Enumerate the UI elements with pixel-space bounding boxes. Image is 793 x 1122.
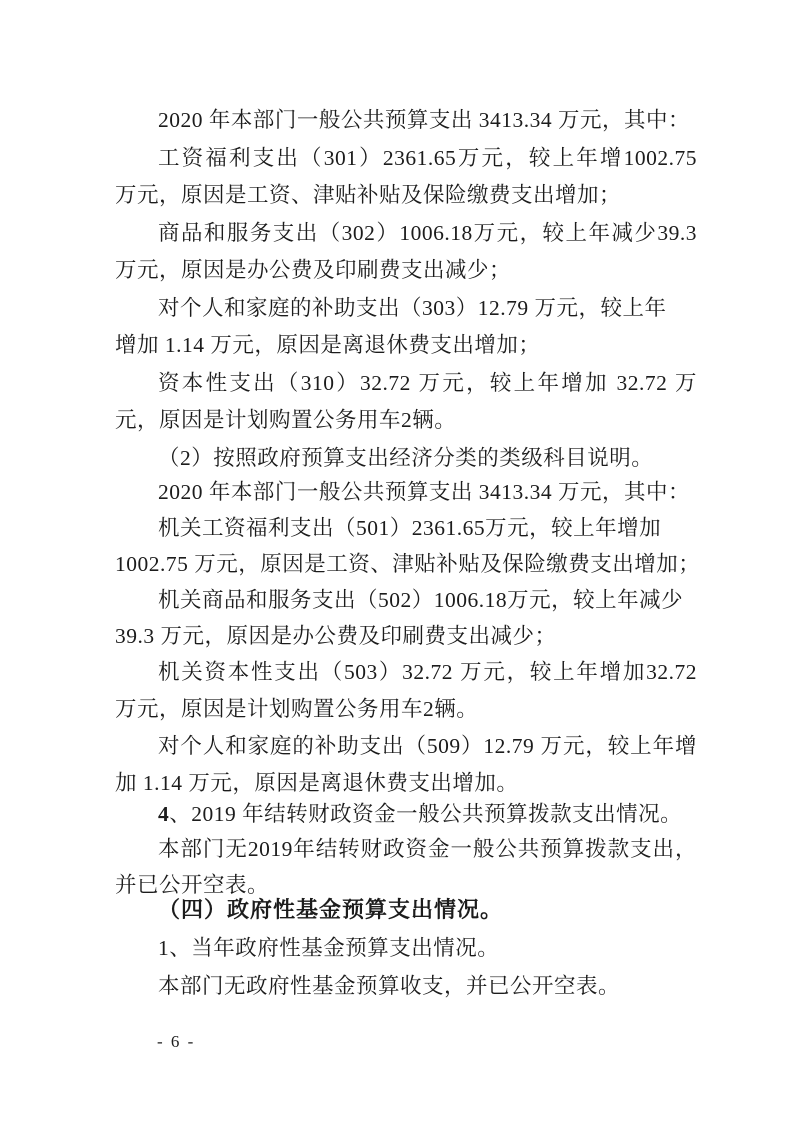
paragraph-line: 万元，原因是工资、津贴补贴及保险缴费支出增加； [115,176,697,214]
paragraph-line: 对个人和家庭的补助支出（509）12.79 万元，较上年增 [158,727,697,765]
paragraph-line: 1、当年政府性基金预算支出情况。 [158,929,697,967]
paragraph-line: 2020 年本部门一般公共预算支出 3413.34 万元，其中： [158,101,697,139]
paragraph-line: 机关工资福利支出（501）2361.65万元，较上年增加 [158,509,697,547]
paragraph-line: 本部门无2019年结转财政资金一般公共预算拨款支出， [158,830,697,868]
paragraph-line: 机关资本性支出（503）32.72 万元，较上年增加32.72 [158,653,697,691]
paragraph-line: 本部门无政府性基金预算收支，并已公开空表。 [158,967,697,1005]
paragraph-line: 工资福利支出（301）2361.65万元，较上年增1002.75 [158,139,697,177]
paragraph-line: 元，原因是计划购置公务用车2辆。 [115,401,697,439]
paragraph-line: 增加 1.14 万元，原因是离退休费支出增加； [115,326,697,364]
paragraph-line: 万元，原因是计划购置公务用车2辆。 [115,690,697,728]
paragraph-line: 1002.75 万元，原因是工资、津贴补贴及保险缴费支出增加； [115,545,697,583]
list-number-bold: 4 [158,802,169,826]
paragraph-line: 机关商品和服务支出（502）1006.18万元，较上年减少 [158,581,697,619]
paragraph-line: 万元，原因是办公费及印刷费支出减少； [115,251,697,289]
page-number: - 6 - [157,1032,195,1052]
numbered-heading-text: 、2019 年结转财政资金一般公共预算拨款支出情况。 [169,802,682,826]
section-heading: （四）政府性基金预算支出情况。 [158,891,697,929]
paragraph-line: 对个人和家庭的补助支出（303）12.79 万元，较上年 [158,289,697,327]
document-page: 2020 年本部门一般公共预算支出 3413.34 万元，其中： 工资福利支出（… [0,0,793,1122]
paragraph-line: 2020 年本部门一般公共预算支出 3413.34 万元，其中： [158,473,697,511]
paragraph-line: 商品和服务支出（302）1006.18万元，较上年减少39.3 [158,214,697,252]
paragraph-line: 39.3 万元，原因是办公费及印刷费支出减少； [115,617,697,655]
paragraph-line: （2）按照政府预算支出经济分类的类级科目说明。 [158,439,697,477]
numbered-heading-line: 4、2019 年结转财政资金一般公共预算拨款支出情况。 [158,795,697,833]
paragraph-line: 资本性支出（310）32.72 万元，较上年增加 32.72 万 [158,364,697,402]
